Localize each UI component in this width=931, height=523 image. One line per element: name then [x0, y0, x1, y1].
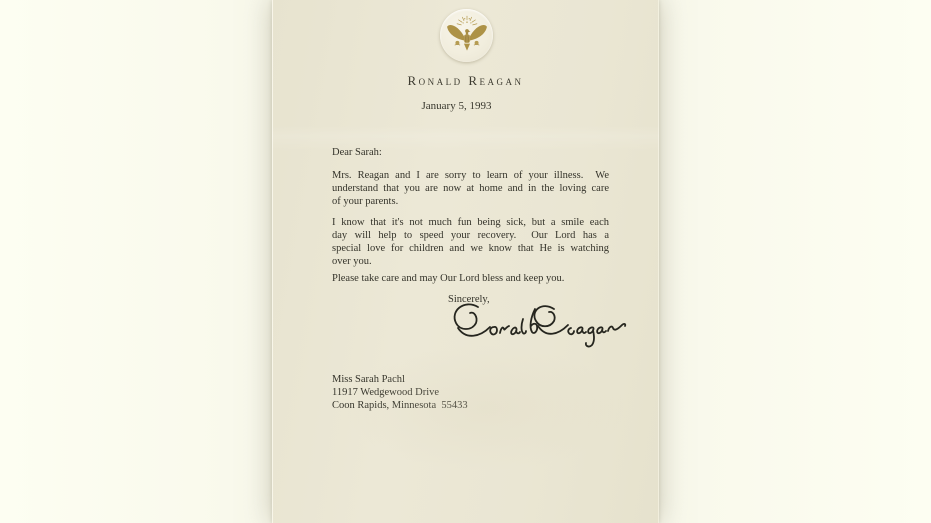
address-line: Miss Sarah Pachl [332, 373, 609, 386]
page-background: Ronald Reagan January 5, 1993 Dear Sarah… [0, 0, 931, 523]
letter-photo: Ronald Reagan January 5, 1993 Dear Sarah… [272, 0, 659, 523]
paragraph-line: Please take care and may Our Lord bless … [332, 272, 609, 285]
paragraph-line: Mrs. Reagan and I are sorry to learn of … [332, 169, 609, 182]
paragraph-line: I know that it's not much fun being sick… [332, 216, 609, 229]
letter-date: January 5, 1993 [263, 100, 650, 112]
recipient-address: Miss Sarah Pachl 11917 Wedgewood Drive C… [332, 373, 609, 412]
paragraph-3: Please take care and may Our Lord bless … [332, 272, 609, 285]
address-line: Coon Rapids, Minnesota 55433 [332, 399, 609, 412]
letterhead-name: Ronald Reagan [272, 73, 659, 89]
address-line: 11917 Wedgewood Drive [332, 386, 609, 399]
paragraph-line: of your parents. [332, 195, 609, 208]
paragraph-2: I know that it's not much fun being sick… [332, 216, 609, 268]
paragraph-line: day will help to speed your recovery. Ou… [332, 229, 609, 242]
signature [448, 297, 634, 351]
paragraph-line: over you. [332, 255, 609, 268]
paragraph-line: special love for children and we know th… [332, 242, 609, 255]
paragraph-1: Mrs. Reagan and I are sorry to learn of … [332, 169, 609, 208]
great-seal-eagle-icon [440, 9, 493, 62]
salutation: Dear Sarah: [332, 146, 609, 159]
paragraph-line: understand that you are now at home and … [332, 182, 609, 195]
